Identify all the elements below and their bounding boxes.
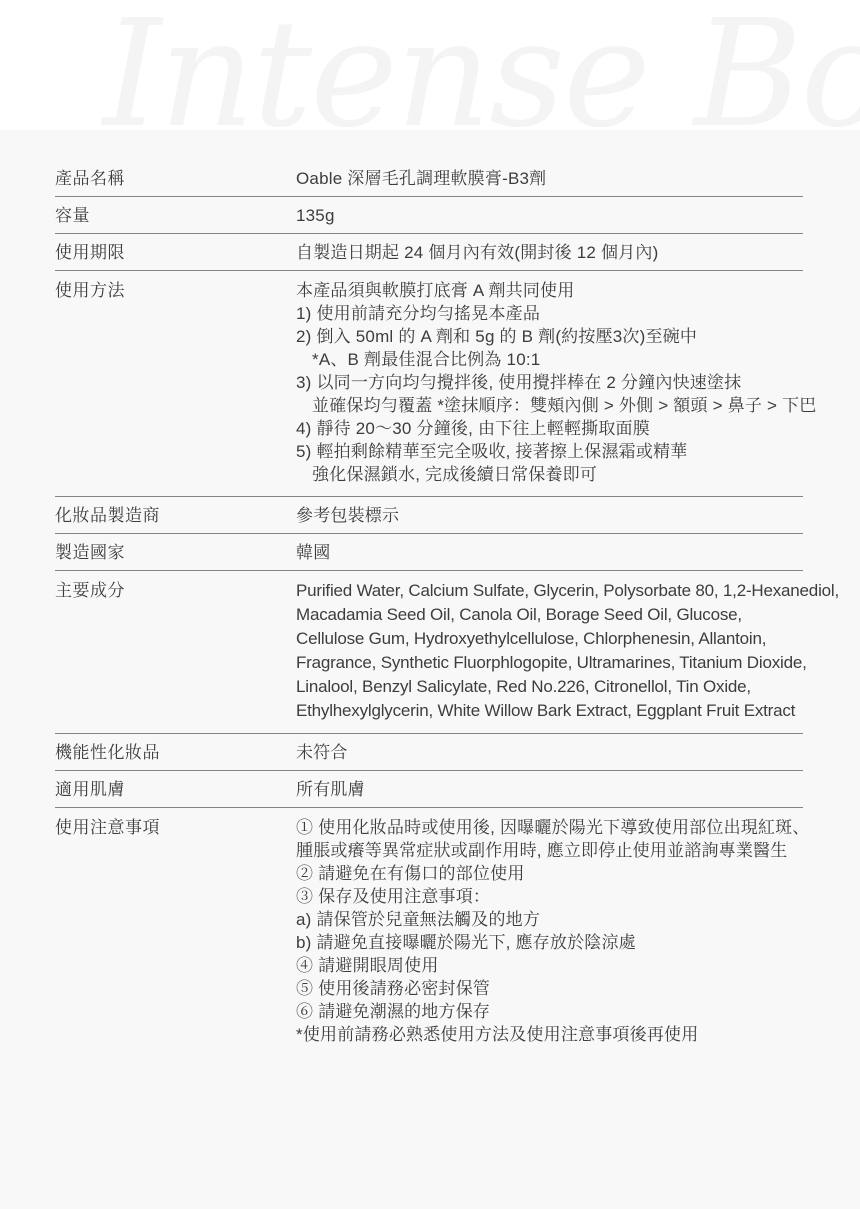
- value-line: 韓國: [296, 541, 803, 564]
- value-line: 5) 輕拍剩餘精華至完全吸收, 接著擦上保濕霜或精華: [296, 440, 803, 463]
- value-line: Oable 深層毛孔調理軟膜膏-B3劑: [296, 167, 803, 190]
- row-label: 製造國家: [55, 541, 296, 564]
- row-label: 產品名稱: [55, 167, 296, 190]
- value-line: 3) 以同一方向均勻攪拌後, 使用攪拌棒在 2 分鐘內快速塗抹: [296, 371, 803, 394]
- row-value: ① 使用化妝品時或使用後, 因曝曬於陽光下導致使用部位出現紅斑、腫脹或癢等異常症…: [296, 816, 803, 1046]
- value-line: Ethylhexylglycerin, White Willow Bark Ex…: [296, 699, 803, 723]
- row-label: 適用肌膚: [55, 778, 296, 801]
- value-line: Linalool, Benzyl Salicylate, Red No.226,…: [296, 675, 803, 699]
- row-value: 135g: [296, 204, 803, 227]
- value-line: ③ 保存及使用注意事項：: [296, 885, 803, 908]
- value-line: 強化保濕鎖水, 完成後續日常保養即可: [296, 463, 803, 486]
- table-row: 製造國家韓國: [55, 534, 803, 571]
- value-line: ⑤ 使用後請務必密封保管: [296, 977, 803, 1000]
- value-line: ④ 請避開眼周使用: [296, 954, 803, 977]
- value-line: Fragrance, Synthetic Fluorphlogopite, Ul…: [296, 651, 803, 675]
- value-line: Macadamia Seed Oil, Canola Oil, Borage S…: [296, 603, 803, 627]
- value-line: Purified Water, Calcium Sulfate, Glyceri…: [296, 579, 803, 603]
- row-value: Purified Water, Calcium Sulfate, Glyceri…: [296, 579, 803, 723]
- hero-banner: Intense Boost: [0, 0, 860, 130]
- table-row: 使用注意事項① 使用化妝品時或使用後, 因曝曬於陽光下導致使用部位出現紅斑、腫脹…: [55, 808, 803, 1056]
- table-row: 主要成分Purified Water, Calcium Sulfate, Gly…: [55, 571, 803, 734]
- value-line: *A、B 劑最佳混合比例為 10:1: [296, 348, 803, 371]
- table-row: 產品名稱Oable 深層毛孔調理軟膜膏-B3劑: [55, 160, 803, 197]
- value-line: 自製造日期起 24 個月內有效(開封後 12 個月內): [296, 241, 803, 264]
- value-line: 腫脹或癢等異常症狀或副作用時, 應立即停止使用並諮詢專業醫生: [296, 839, 803, 862]
- product-detail-section: 產品名稱Oable 深層毛孔調理軟膜膏-B3劑容量135g使用期限自製造日期起 …: [55, 160, 803, 1056]
- value-line: ⑥ 請避免潮濕的地方保存: [296, 1000, 803, 1023]
- row-value: 未符合: [296, 741, 803, 764]
- value-line: b) 請避免直接曝曬於陽光下, 應存放於陰涼處: [296, 931, 803, 954]
- value-line: 所有肌膚: [296, 778, 803, 801]
- row-value: 韓國: [296, 541, 803, 564]
- row-label: 機能性化妝品: [55, 741, 296, 764]
- row-value: 參考包裝標示: [296, 504, 803, 527]
- row-value: Oable 深層毛孔調理軟膜膏-B3劑: [296, 167, 803, 190]
- product-spec-table: 產品名稱Oable 深層毛孔調理軟膜膏-B3劑容量135g使用期限自製造日期起 …: [55, 160, 803, 1056]
- row-value: 自製造日期起 24 個月內有效(開封後 12 個月內): [296, 241, 803, 264]
- row-label: 使用方法: [55, 279, 296, 302]
- table-row: 化妝品製造商參考包裝標示: [55, 497, 803, 534]
- value-line: Cellulose Gum, Hydroxyethylcellulose, Ch…: [296, 627, 803, 651]
- table-row: 機能性化妝品未符合: [55, 734, 803, 771]
- value-line: 2) 倒入 50ml 的 A 劑和 5g 的 B 劑(約按壓3次)至碗中: [296, 325, 803, 348]
- row-label: 容量: [55, 204, 296, 227]
- value-line: *使用前請務必熟悉使用方法及使用注意事項後再使用: [296, 1023, 803, 1046]
- value-line: 1) 使用前請充分均勻搖晃本產品: [296, 302, 803, 325]
- value-line: a) 請保管於兒童無法觸及的地方: [296, 908, 803, 931]
- hero-watermark-text: Intense Boost: [103, 0, 860, 130]
- value-line: 參考包裝標示: [296, 504, 803, 527]
- row-value: 本產品須與軟膜打底膏 A 劑共同使用1) 使用前請充分均勻搖晃本產品2) 倒入 …: [296, 279, 803, 486]
- value-line: 4) 靜待 20〜30 分鐘後, 由下往上輕輕撕取面膜: [296, 417, 803, 440]
- value-line: 135g: [296, 204, 803, 227]
- row-label: 使用注意事項: [55, 816, 296, 839]
- value-line: 並確保均勻覆蓋 *塗抹順序：雙頰內側 > 外側 > 額頭 > 鼻子 > 下巴: [296, 394, 803, 417]
- value-line: ② 請避免在有傷口的部位使用: [296, 862, 803, 885]
- table-row: 使用期限自製造日期起 24 個月內有效(開封後 12 個月內): [55, 234, 803, 271]
- row-label: 主要成分: [55, 579, 296, 602]
- value-line: 本產品須與軟膜打底膏 A 劑共同使用: [296, 279, 803, 302]
- value-line: ① 使用化妝品時或使用後, 因曝曬於陽光下導致使用部位出現紅斑、: [296, 816, 803, 839]
- table-row: 容量135g: [55, 197, 803, 234]
- table-row: 使用方法本產品須與軟膜打底膏 A 劑共同使用1) 使用前請充分均勻搖晃本產品2)…: [55, 271, 803, 497]
- table-row: 適用肌膚所有肌膚: [55, 771, 803, 808]
- row-value: 所有肌膚: [296, 778, 803, 801]
- value-line: 未符合: [296, 741, 803, 764]
- row-label: 使用期限: [55, 241, 296, 264]
- row-label: 化妝品製造商: [55, 504, 296, 527]
